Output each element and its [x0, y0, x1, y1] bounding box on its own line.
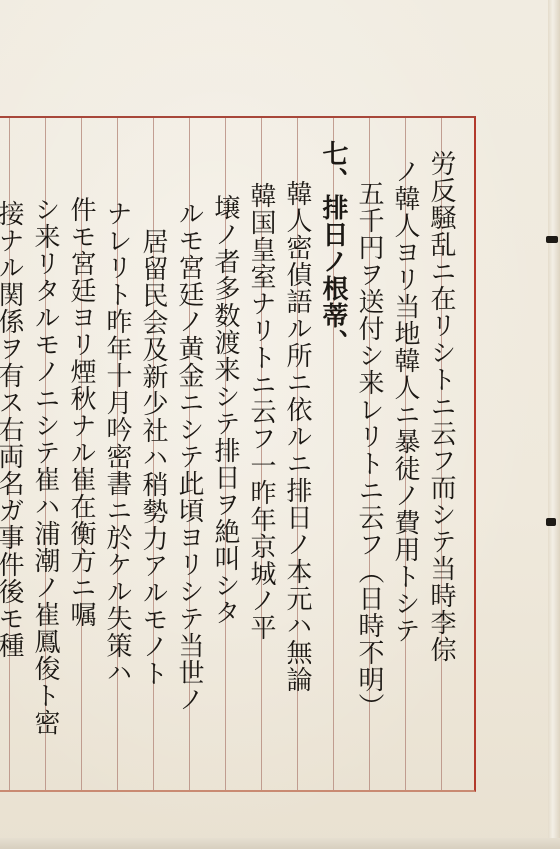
binding-mark	[546, 236, 558, 243]
text-column-5: 韓人密偵語ル所ニ依ルニ排日ノ本元ハ無論	[280, 180, 314, 693]
text-column-13: 接ナル関係ヲ有ス右両名ガ事件後モ種	[0, 200, 26, 659]
binding-mark	[546, 518, 556, 526]
text-column-10: ナレリト昨年十月吟密書ニ於ケル失策ハ	[100, 200, 134, 686]
section-heading: 七、排日ノ根蒂、	[316, 140, 350, 356]
page-bottom-edge	[0, 838, 560, 849]
text-column-12: シ来リタルモノニシテ崔ハ浦潮ノ崔鳳俊ト密	[28, 196, 62, 736]
manuscript-page: 労反騒乱ニ在リシトニ云フ而シテ当時李倧 ノ韓人ヨリ当地韓人ニ暴徒ノ費用トシテ 五…	[0, 0, 548, 849]
page-edge	[548, 0, 560, 849]
text-column-1: 労反騒乱ニ在リシトニ云フ而シテ当時李倧	[424, 150, 458, 663]
text-column-7: 壌ノ者多数渡来シテ排日ヲ絶叫シタ	[208, 194, 242, 626]
text-column-8: ルモ宮廷ノ黄金ニシテ此頃ヨリシテ当世ノ	[172, 200, 206, 713]
text-column-9: 居留民会及新少社ハ稍勢力アルモノト	[136, 228, 170, 687]
text-column-2: ノ韓人ヨリ当地韓人ニ暴徒ノ費用トシテ	[388, 158, 422, 644]
text-column-6: 韓国皇室ナリトニ云フ一昨年京城ノ平	[244, 182, 278, 641]
text-column-11: 件モ宮廷ヨリ煙秋ナル崔在衡方ニ嘱	[64, 196, 98, 628]
text-column-3: 五千円ヲ送付シ来レリトニ云フ（日時不明）	[352, 180, 386, 720]
